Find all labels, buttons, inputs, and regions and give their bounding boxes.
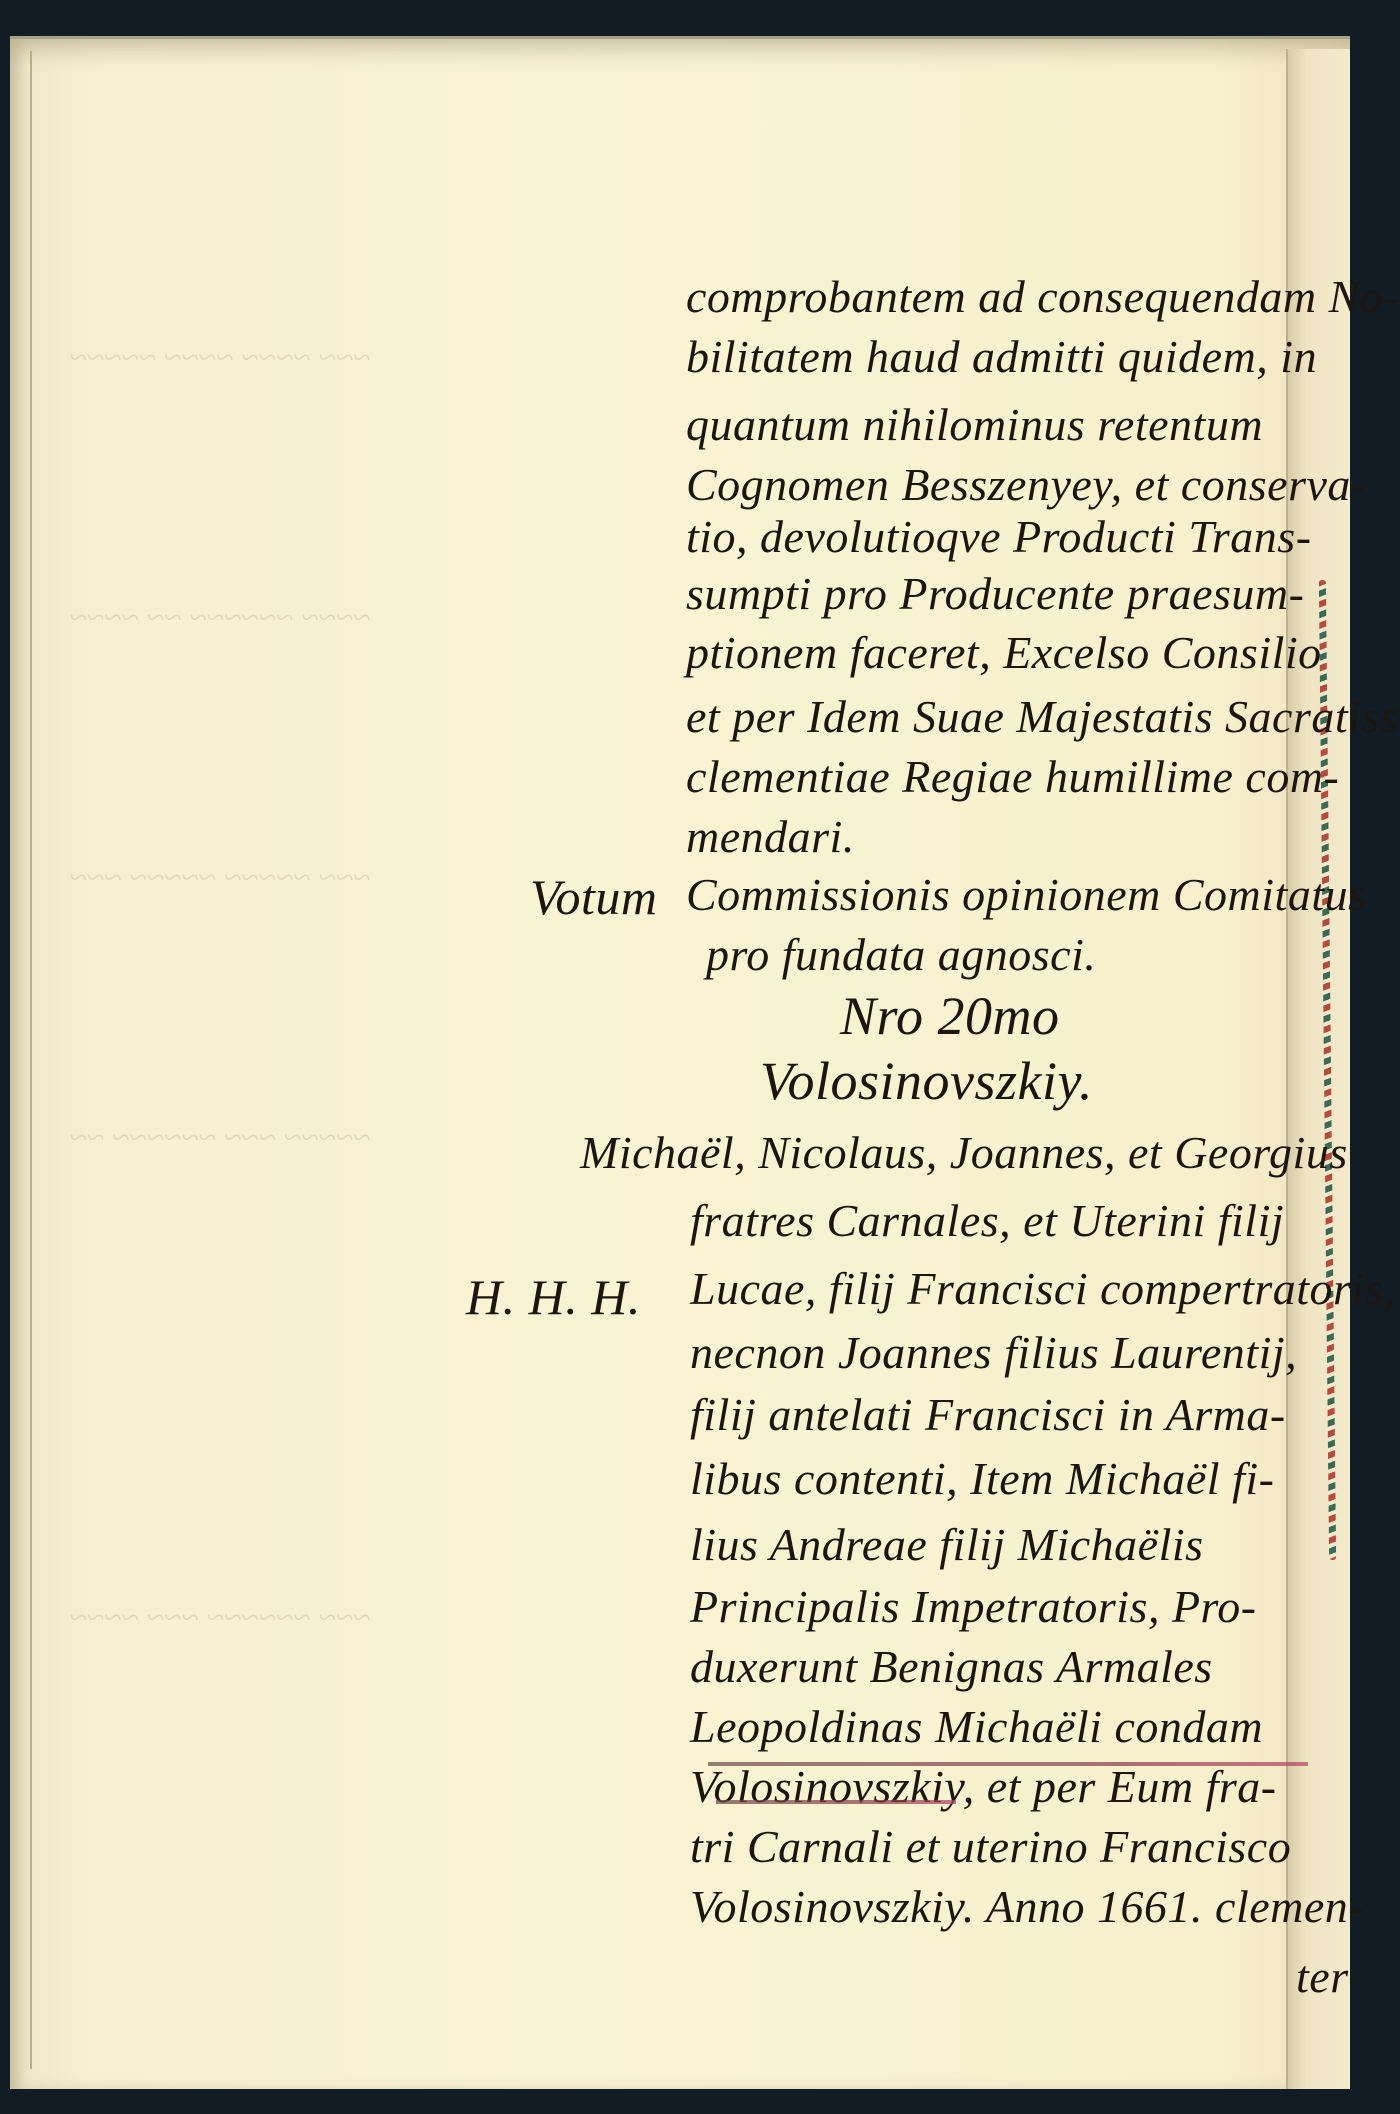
entry-line: lius Andreae filij Michaëlis (690, 1518, 1204, 1571)
bleed-through-text: ~~~ ~~~~~~ ~~~ ~~~~ (70, 1599, 371, 1636)
entry-line: filij antelati Francisci in Arma- (690, 1388, 1286, 1441)
text-line: clementiae Regiae humillime com- (686, 750, 1339, 803)
text-line: tio, devolutioqve Producti Trans- (686, 510, 1312, 563)
entry-line: duxerunt Benignas Armales (690, 1640, 1213, 1693)
text-line: et per Idem Suae Majestatis Sacratissima… (686, 690, 1400, 743)
entry-line: Leopoldinas Michaëli condam (690, 1700, 1263, 1753)
margin-note: H. H. H. (466, 1268, 641, 1326)
entry-line: tri Carnali et uterino Francisco (690, 1820, 1291, 1873)
text-line: comprobantem ad consequendam No- (686, 270, 1399, 323)
entry-line: fratres Carnales, et Uterini filij (690, 1194, 1284, 1247)
text-line: ptionem faceret, Excelso Consilio (686, 626, 1322, 679)
bleed-through-text: ~~~~~ ~~~ ~~~~~~ ~~ (70, 1119, 371, 1156)
section-title: Volosinovszkiy. (760, 1050, 1093, 1112)
bleed-through-text: ~~~ ~~~~ ~~~~ ~~~~~ (70, 339, 371, 376)
entry-line: Lucae, filij Francisci compertratoris, (690, 1262, 1395, 1315)
entry-line: Michaël, Nicolaus, Joannes, et Georgius (580, 1126, 1348, 1179)
text-line: sumpti pro Producente praesum- (686, 567, 1304, 620)
red-underline (716, 1800, 956, 1804)
entry-line: Volosinovszkiy. Anno 1661. clemen- (690, 1880, 1364, 1933)
text-line: Cognomen Besszenyey, et conserva- (686, 458, 1367, 511)
entry-line: Principalis Impetratoris, Pro- (690, 1580, 1257, 1633)
section-number: Nro 20mo (840, 985, 1060, 1047)
votum-label: Votum (530, 868, 658, 926)
page-edge-rule (30, 51, 32, 2069)
votum-text: Commissionis opinionem Comitatus (686, 868, 1367, 921)
entry-line: necnon Joannes filius Laurentij, (690, 1326, 1297, 1379)
bleed-through-text: ~~~~ ~~~~~~ ~~ ~~~~ (70, 599, 371, 636)
bleed-through-text: ~~~ ~~~~~ ~~~~~ ~~~ (70, 859, 371, 896)
entry-line: Volosinovszkiy, et per Eum fra- (690, 1760, 1277, 1813)
text-line: mendari. (686, 810, 855, 863)
entry-line: libus contenti, Item Michaël fi- (690, 1452, 1274, 1505)
votum-text: pro fundata agnosci. (706, 928, 1096, 981)
catchword: ter (1296, 1950, 1349, 2003)
text-line: bilitatem haud admitti quidem, in (686, 330, 1317, 383)
text-line: quantum nihilominus retentum (686, 398, 1263, 451)
